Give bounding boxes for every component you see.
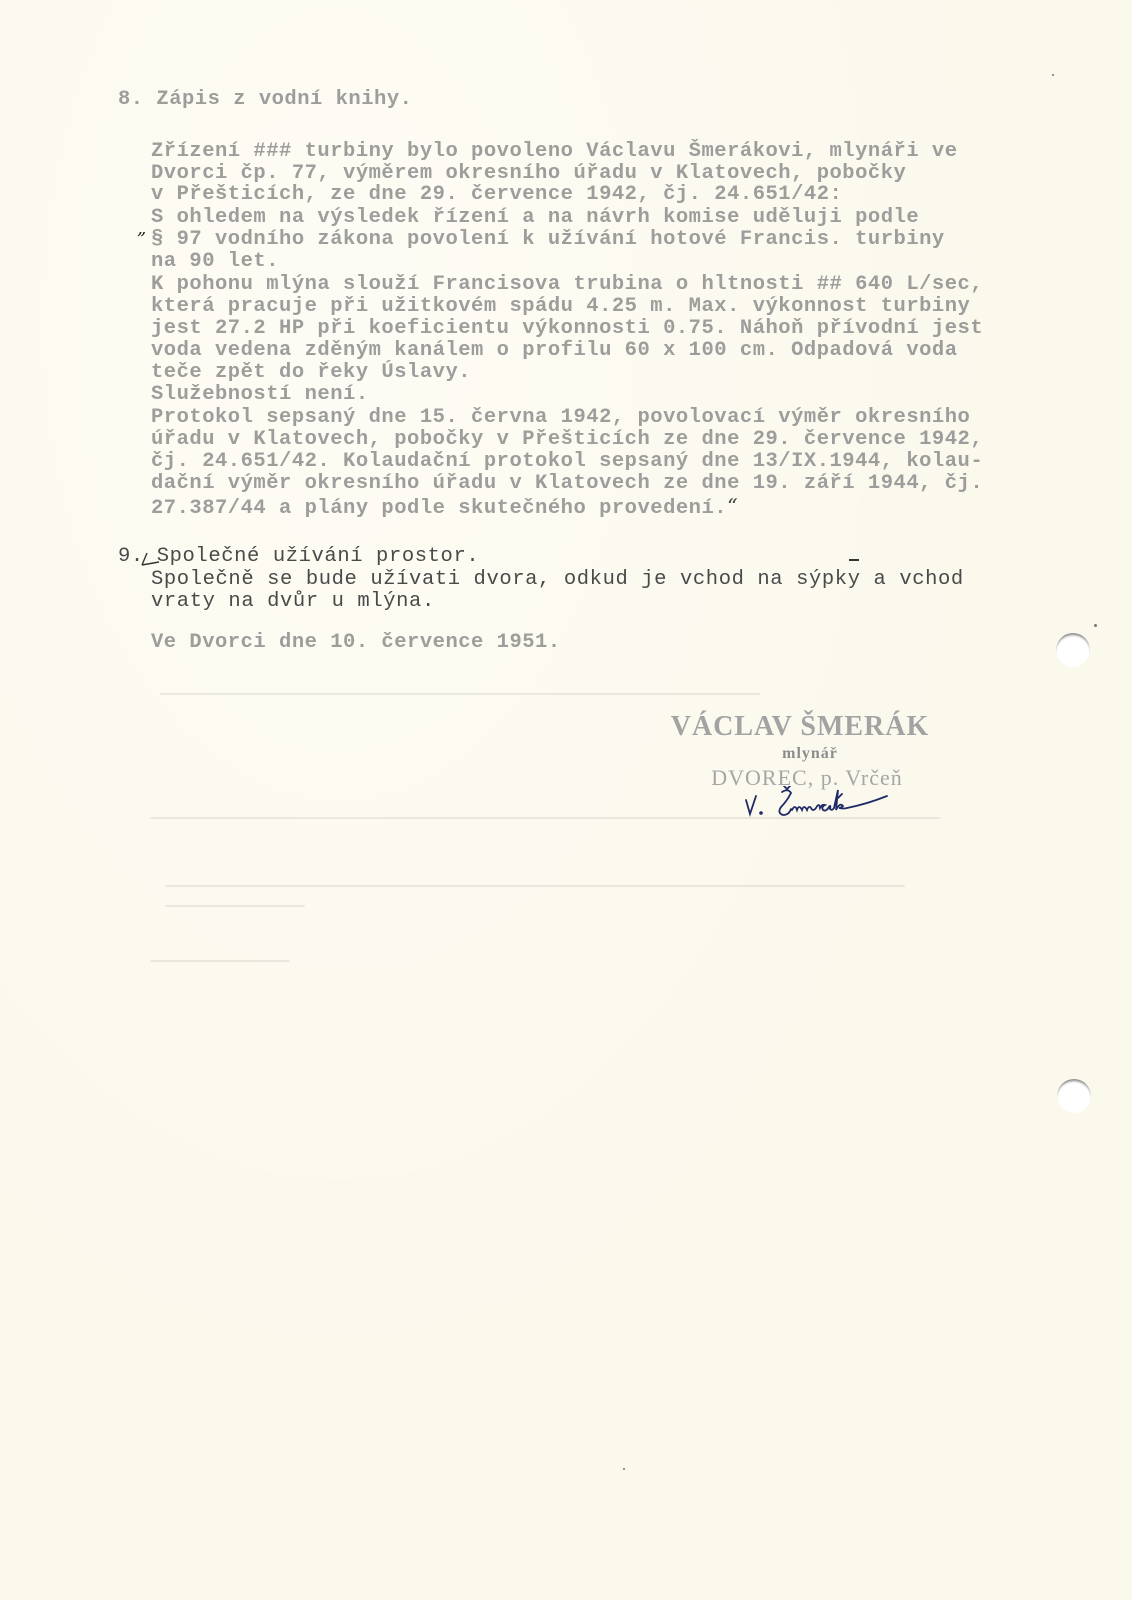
section-8-line-2: Dvorci čp. 77, výměrem okresního úřadu v… bbox=[151, 163, 906, 185]
punch-hole-bottom bbox=[1057, 1079, 1091, 1113]
opening-quote-mark: „ bbox=[137, 218, 146, 239]
show-through-text bbox=[150, 817, 940, 819]
show-through-text bbox=[165, 905, 305, 907]
section-8-line-6: na 90 let. bbox=[151, 251, 279, 273]
handwritten-dash-mark bbox=[849, 559, 859, 561]
dateline: Ve Dvorci dne 10. července 1951. bbox=[151, 632, 561, 654]
section-8-line-4: S ohledem na výsledek řízení a na návrh … bbox=[151, 207, 919, 229]
section-8-line-15: čj. 24.651/42. Kolaudační protokol sepsa… bbox=[151, 451, 983, 473]
show-through-text bbox=[150, 960, 290, 962]
section-8-line-14: úřadu v Klatovech, pobočky v Přešticích … bbox=[151, 429, 983, 451]
section-9-line-1: Společně se bude užívati dvora, odkud je… bbox=[151, 569, 964, 591]
section-9-line-2: vraty na dvůr u mlýna. bbox=[151, 591, 435, 613]
stamp-name: VÁCLAV ŠMERÁK bbox=[640, 712, 960, 742]
section-8-line-3: v Přešticích, ze dne 29. července 1942, … bbox=[151, 184, 842, 206]
show-through-text bbox=[165, 885, 905, 887]
section-8-line-13: Protokol sepsaný dne 15. června 1942, po… bbox=[151, 407, 970, 429]
section-8-line-5: § 97 vodního zákona povolení k užívání h… bbox=[151, 229, 945, 251]
paper-speck bbox=[1094, 624, 1097, 627]
document-page: 8. Zápis z vodní knihy. Zřízení ### turb… bbox=[0, 0, 1132, 1600]
paper-speck bbox=[1052, 74, 1054, 76]
section-8-line-8: která pracuje při užitkovém spádu 4.25 m… bbox=[151, 296, 970, 318]
section-8-line-7: K pohonu mlýna slouží Francisova trubina… bbox=[151, 274, 983, 296]
stamp-role: mlynář bbox=[660, 742, 960, 766]
section-8-line-16: dační výměr okresního úřadu v Klatovech … bbox=[151, 473, 983, 495]
punch-hole-top bbox=[1056, 633, 1090, 667]
section-8-line-11: teče zpět do řeky Úslavy. bbox=[151, 362, 471, 384]
section-8-line-17: 27.387/44 a plány podle skutečného prove… bbox=[151, 495, 738, 520]
section-8-line-12: Služebností není. bbox=[151, 384, 369, 406]
closing-quote-mark: “ bbox=[727, 494, 738, 518]
show-through-text bbox=[160, 693, 760, 695]
section-8-line-1: Zřízení ### turbiny bylo povoleno Václav… bbox=[151, 141, 958, 163]
paper-speck bbox=[623, 1468, 625, 1470]
section-8-line-9: jest 27.2 HP při koeficientu výkonnosti … bbox=[151, 318, 983, 340]
section-9-heading: 9. Společné užívání prostor. bbox=[118, 546, 479, 568]
section-8-line-17-text: 27.387/44 a plány podle skutečného prove… bbox=[151, 497, 727, 520]
section-8-line-10: voda vedena zděným kanálem o profilu 60 … bbox=[151, 340, 958, 362]
section-8-heading: 8. Zápis z vodní knihy. bbox=[118, 89, 412, 111]
rubber-stamp: VÁCLAV ŠMERÁK mlynář DVOREC, p. Vrčeň bbox=[640, 712, 960, 790]
